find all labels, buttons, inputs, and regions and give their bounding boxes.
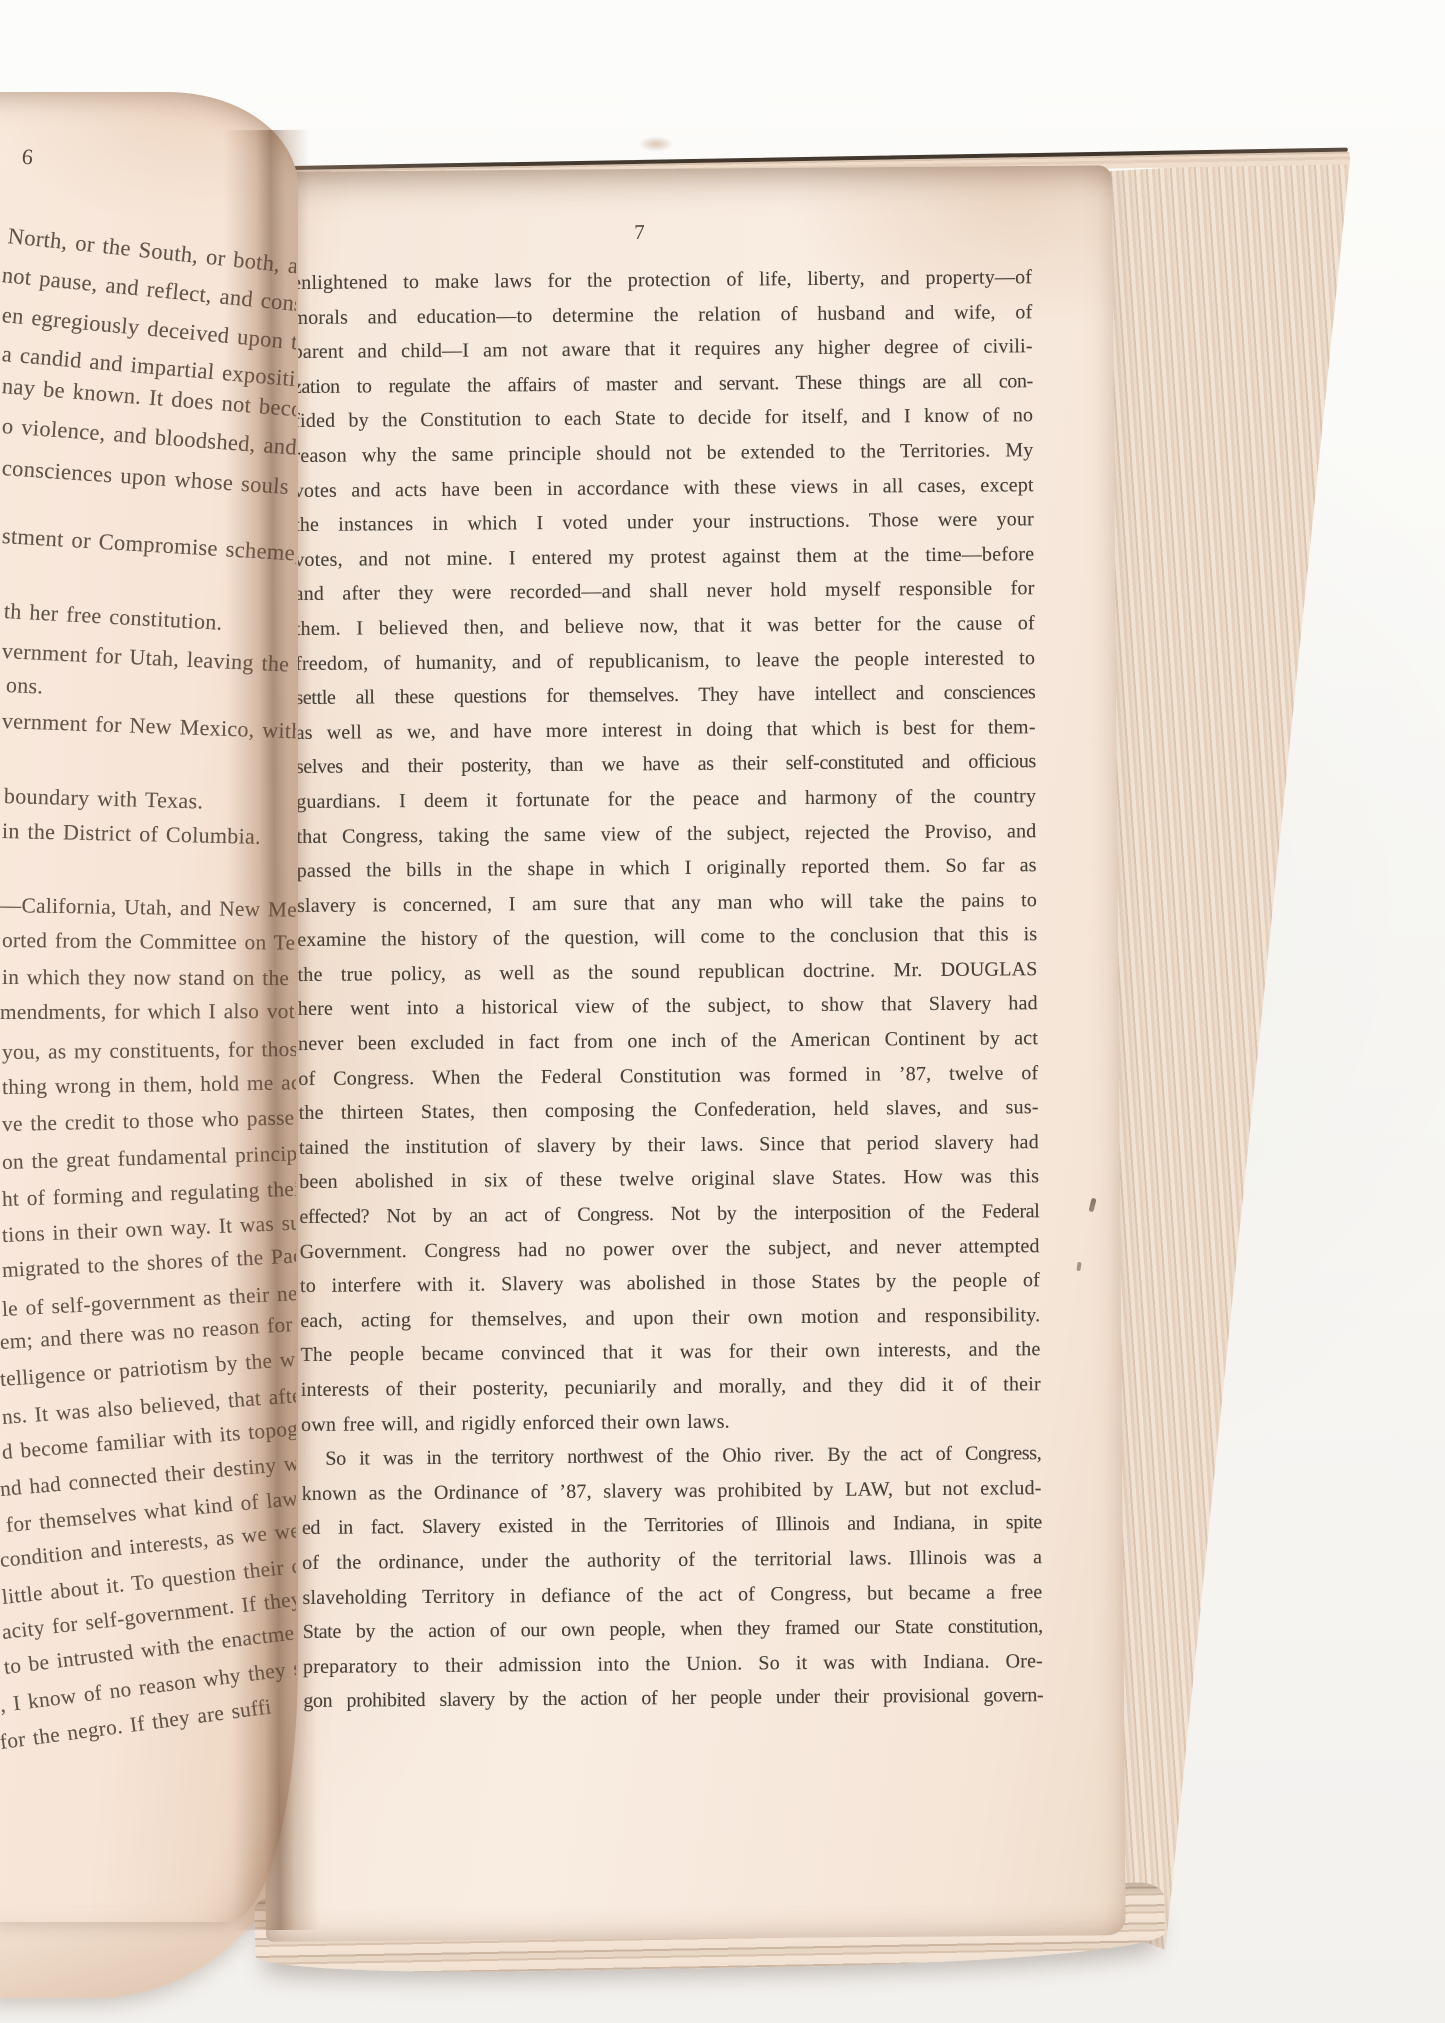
left-page-fragment: th her free constitution. [3,598,223,636]
text-line: The people became convinced that it was … [300,1333,1040,1373]
text-line: ed in fact. Slavery existed in the Terri… [302,1506,1042,1546]
text-line: interests of their posterity, pecuniaril… [301,1367,1041,1407]
text-line: effected? Not by an act of Congress. Not… [299,1194,1039,1234]
text-line: So it was in the territory northwest of … [301,1436,1041,1476]
text-line: and after they were recorded—and shall n… [294,572,1034,612]
text-line: zation to regulate the affairs of master… [293,364,1033,404]
page-7-text-block: enlightened to make laws for the protect… [292,260,1043,1719]
text-line: votes and acts have been in accordance w… [294,468,1034,508]
left-page-fragment: ons. [5,672,43,700]
text-line: the instances in which I voted under you… [294,502,1034,542]
text-line: own free will, and rigidly enforced thei… [301,1402,1041,1442]
text-line: the thirteen States, then composing the … [299,1090,1039,1130]
text-line: examine the history of the question, wil… [297,917,1037,957]
text-line: gon prohibited slavery by the action of … [303,1678,1043,1718]
text-line: as well as we, and have more interest in… [296,710,1036,750]
text-line: parent and child—I am not aware that it … [293,329,1033,369]
text-line: Government. Congress had no power over t… [300,1229,1040,1269]
text-line: State by the action of our own people, w… [303,1609,1043,1649]
text-line: reason why the same principle should not… [293,433,1033,473]
text-line: to interfere with it. Slavery was abolis… [300,1263,1040,1303]
text-line: settle all these questions for themselve… [295,675,1035,715]
text-line: guardians. I deem it fortunate for the p… [296,779,1036,819]
text-line: never been excluded in fact from one inc… [298,1021,1038,1061]
text-line: votes, and not mine. I entered my protes… [294,537,1034,577]
gutter-shadow [223,130,318,1930]
text-line: slavery is concerned, I am sure that any… [297,883,1037,923]
text-line: of Congress. When the Federal Constituti… [298,1056,1038,1096]
text-line: known as the Ordinance of ’87, slavery w… [302,1471,1042,1511]
text-line: fided by the Constitution to each State … [293,399,1033,439]
photo-backdrop: 7 enlightened to make laws for the prote… [0,0,1445,2023]
paper-smudge [638,136,674,152]
text-line: slaveholding Territory in defiance of th… [302,1575,1042,1615]
text-line: preparatory to their admission into the … [303,1644,1043,1684]
left-page-fragment: in the District of Columbia. [2,818,262,850]
text-line: been abolished in six of these twelve or… [299,1160,1039,1200]
text-line: here went into a historical view of the … [298,987,1038,1027]
text-line: each, acting for themselves, and upon th… [300,1298,1040,1338]
text-line: tained the institution of slavery by the… [299,1125,1039,1165]
text-line: enlightened to make laws for the protect… [292,260,1032,300]
text-line: them. I believed then, and believe now, … [295,606,1035,646]
text-line: that Congress, taking the same view of t… [296,814,1036,854]
text-line: the true policy, as well as the sound re… [297,952,1037,992]
page-6-number: 6 [21,143,35,170]
left-page-fragment: boundary with Texas. [4,783,204,815]
text-line: passed the bills in the shape in which I… [297,848,1037,888]
text-line: selves and their posterity, than we have… [296,744,1036,784]
text-line: freedom, of humanity, and of republicani… [295,641,1035,681]
text-line: morals and education—to determine the re… [292,295,1032,335]
text-line: of the ordinance, under the authority of… [302,1540,1042,1580]
